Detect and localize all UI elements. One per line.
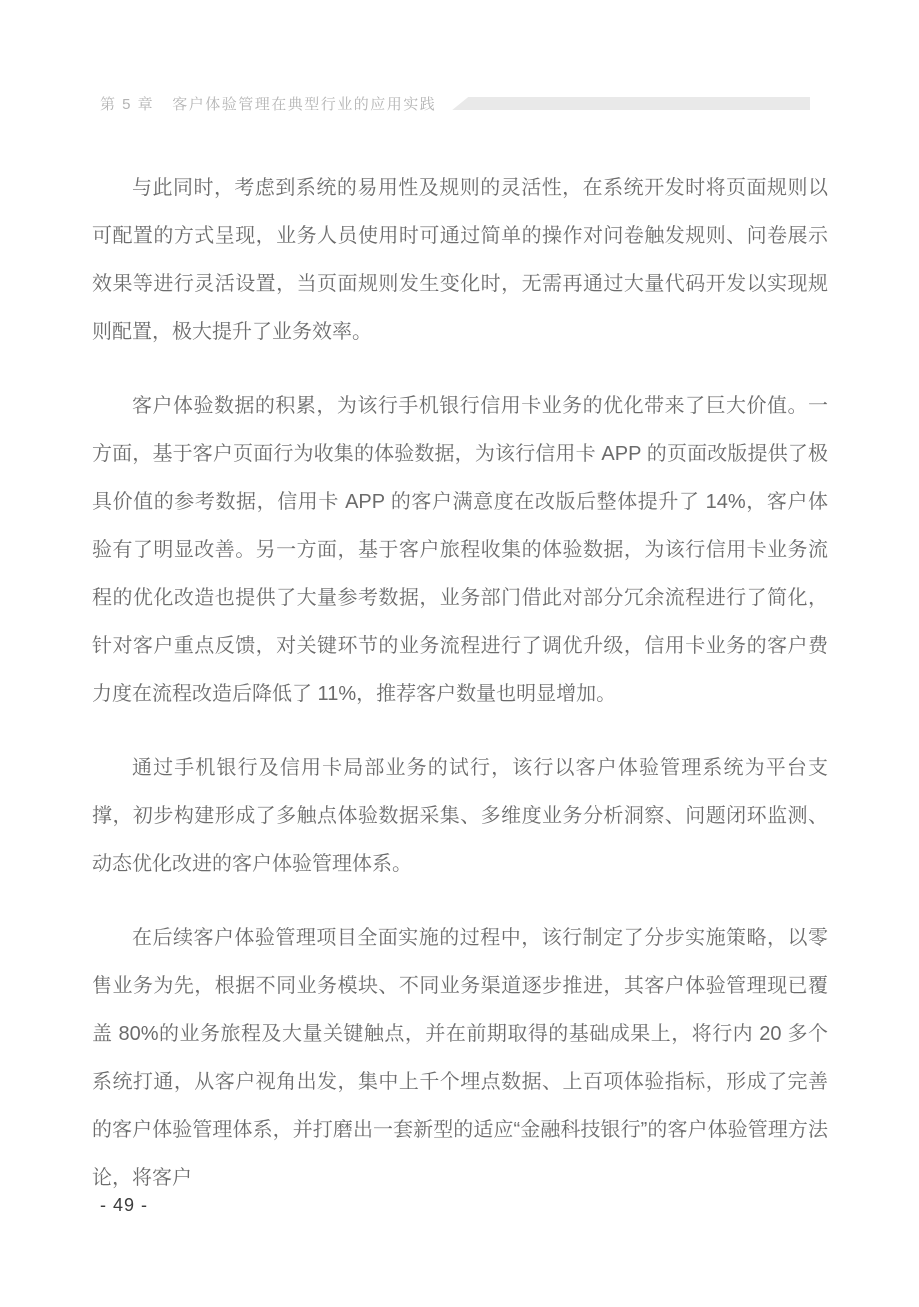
body-text: 与此同时，考虑到系统的易用性及规则的灵活性，在系统开发时将页面规则以可配置的方式… (92, 164, 828, 1202)
page-number: - 49 - (100, 1195, 148, 1216)
page-header: 第 5 章 客户体验管理在典型行业的应用实践 (100, 93, 810, 114)
chapter-title: 客户体验管理在典型行业的应用实践 (172, 93, 436, 114)
header-decoration-bar (452, 97, 810, 110)
document-page: 第 5 章 客户体验管理在典型行业的应用实践 与此同时，考虑到系统的易用性及规则… (0, 0, 919, 1307)
paragraph-1: 与此同时，考虑到系统的易用性及规则的灵活性，在系统开发时将页面规则以可配置的方式… (92, 164, 828, 356)
paragraph-3: 通过手机银行及信用卡局部业务的试行，该行以客户体验管理系统为平台支撑，初步构建形… (92, 744, 828, 888)
paragraph-4: 在后续客户体验管理项目全面实施的过程中，该行制定了分步实施策略，以零售业务为先，… (92, 914, 828, 1202)
chapter-label: 第 5 章 (100, 93, 154, 114)
paragraph-2: 客户体验数据的积累，为该行手机银行信用卡业务的优化带来了巨大价值。一方面，基于客… (92, 382, 828, 718)
